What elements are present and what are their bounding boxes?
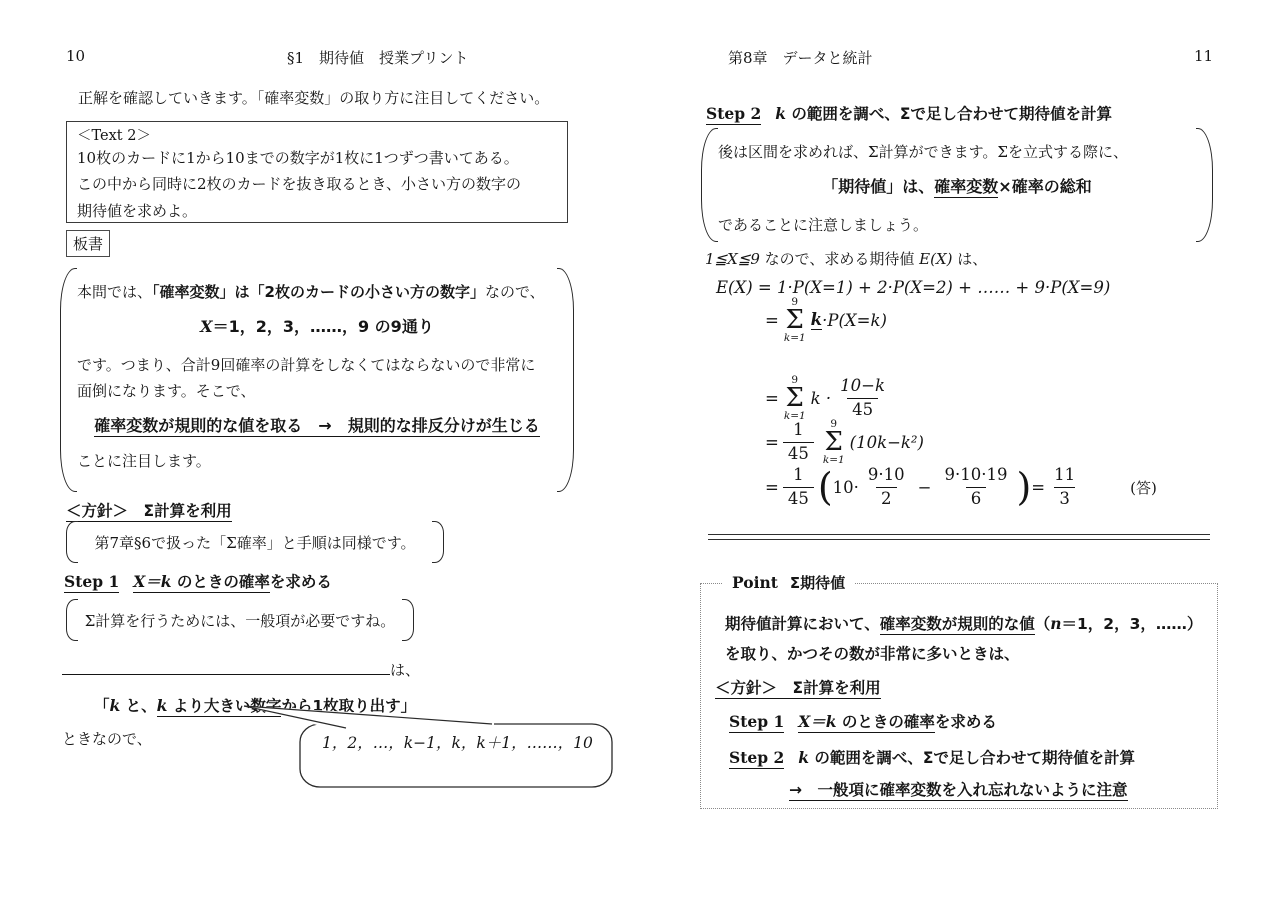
point-arrow-note: → 一般項に確率変数を入れ忘れないように注意: [789, 778, 1128, 800]
equation-2: = 9Σk=1 k ·P(X=k): [765, 298, 887, 342]
left-running-header: §1 期待値 授業プリント: [287, 47, 468, 68]
close-paren: ): [1016, 471, 1031, 503]
fraction: 9·102: [863, 466, 910, 507]
point-policy-heading: ＜方針＞ Σ計算を利用: [715, 676, 881, 698]
blank-underline: [62, 656, 390, 675]
toki-line: ときなので、: [62, 728, 152, 749]
fraction: 113: [1049, 466, 1080, 507]
point-line-2: を取り、かつその数が非常に多いときは、: [725, 642, 1020, 664]
board-note-line-3: です。つまり、合計9回確率の計算をしなくてはならないので非常に: [77, 354, 535, 375]
point-summary-box: PointΣ期待値 期待値計算において、確率変数が規則的な値（n＝1，2，3，……: [700, 583, 1218, 809]
left-bracket-decoration: [66, 599, 78, 641]
problem-label: ＜Text 2＞: [77, 127, 557, 145]
equation-5: = 145 ( 10· 9·102 − 9·10·196 ) = 113 (答): [765, 460, 1157, 514]
range-line: 1≦X≦9 なので、求める期待値 E(X) は、: [705, 248, 987, 269]
textbook-spread: 10 §1 期待値 授業プリント 正解を確認していきます。「確率変数」の取り方に…: [0, 0, 1280, 904]
card-list-bubble: 1，2，…，k−1，k，k＋1，……，10: [238, 698, 624, 794]
sigma-sum: 9Σk=1: [823, 419, 845, 466]
teacher-note-1: 第7章§6で扱った「Σ確率」と手順は同様です。: [66, 521, 444, 563]
board-label: 板書: [66, 230, 110, 257]
problem-line-3: 期待値を求めよ。: [77, 198, 557, 225]
fraction: 145: [783, 466, 814, 507]
policy-heading: ＜方針＞ Σ計算を利用: [66, 499, 232, 521]
page-number-left: 10: [66, 47, 85, 65]
right-bracket-decoration: [402, 599, 414, 641]
sigma-sum: 9Σk=1: [784, 375, 806, 422]
board-note-line-1: 本問では、「確率変数」は「2枚のカードの小さい方の数字」なので、: [77, 281, 545, 302]
point-step1: Step 1X＝k のときの確率を求める: [729, 710, 997, 732]
point-step2: Step 2k の範囲を調べ、Σで足し合わせて期待値を計算: [729, 746, 1135, 768]
right-running-header: 第8章 データと統計: [728, 47, 873, 68]
bubble-text: 1，2，…，k−1，k，k＋1，……，10: [322, 731, 593, 753]
problem-text2-box: ＜Text 2＞ 10枚のカードに1から10までの数字が1枚に1つずつ書いてある…: [66, 121, 568, 223]
board-note-line-4: 面倒になります。そこで、: [77, 380, 256, 401]
equation-4: = 145 9Σk=1 (10k−k²): [765, 418, 924, 466]
fill-in-blank-line: は、: [62, 656, 420, 680]
bold-k-variable: k: [811, 310, 822, 330]
board-note-x-values: X＝1，2，3，……，9 の9通り: [60, 314, 574, 337]
equation-3: = 9Σk=1 k · 10−k45: [765, 372, 894, 424]
point-line-1: 期待値計算において、確率変数が規則的な値（n＝1，2，3，……）: [725, 612, 1202, 634]
double-rule-divider: [708, 534, 1210, 540]
fraction: 145: [783, 421, 814, 462]
teacher-note-2: Σ計算を行うためには、一般項が必要ですね。: [66, 599, 414, 641]
page-number-right: 11: [1194, 47, 1213, 65]
equation-1: E(X) = 1·P(X=1) + 2·P(X=2) + …… + 9·P(X=…: [716, 278, 1110, 297]
open-paren: (: [818, 471, 833, 503]
step2-note-box: 後は区間を求めれば、Σ計算ができます。Σを立式する際に、 「期待値」は、確率変数…: [701, 128, 1213, 242]
right-bracket-decoration: [432, 521, 444, 563]
board-note-box: 本問では、「確率変数」は「2枚のカードの小さい方の数字」なので、 X＝1，2，3…: [60, 268, 574, 492]
answer-marker: (答): [1130, 477, 1157, 498]
step2-note-line-1: 後は区間を求めれば、Σ計算ができます。Σを立式する際に、: [718, 141, 1128, 162]
left-paren-decoration: [60, 268, 77, 492]
point-box-title: PointΣ期待値: [723, 572, 854, 593]
fraction: 9·10·196: [939, 466, 1012, 507]
right-paren-decoration: [557, 268, 574, 492]
step2-note-line-3: であることに注意しましょう。: [718, 214, 928, 235]
step1-heading: Step 1X＝k のときの確率を求める: [64, 570, 332, 592]
step2-heading: Step 2k の範囲を調べ、Σで足し合わせて期待値を計算: [706, 102, 1112, 124]
board-note-line-6: ことに注目します。: [77, 450, 211, 471]
sigma-sum: 9Σk=1: [784, 297, 806, 344]
expectation-rule: 「期待値」は、確率変数×確率の総和: [701, 174, 1213, 197]
board-note-rule: 確率変数が規則的な値を取る → 規則的な排反分けが生じる: [60, 413, 574, 436]
problem-line-1: 10枚のカードに1から10までの数字が1枚に1つずつ書いてある。: [77, 145, 557, 171]
fraction: 10−k45: [835, 377, 890, 418]
left-bracket-decoration: [66, 521, 78, 563]
intro-paragraph: 正解を確認していきます。「確率変数」の取り方に注目してください。: [78, 87, 549, 108]
problem-line-2: この中から同時に2枚のカードを抜き取るとき、小さい方の数字の: [77, 171, 557, 198]
